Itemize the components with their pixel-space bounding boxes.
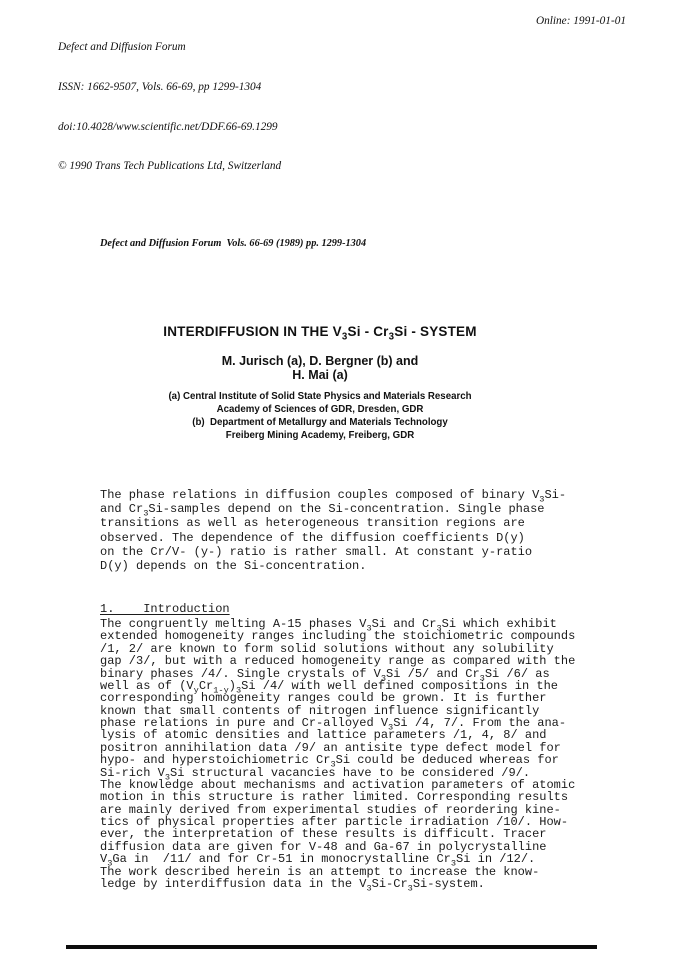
text-line: H. Mai (a) (100, 369, 540, 383)
journal-name: Defect and Diffusion Forum (58, 41, 281, 54)
text-line: corresponding homogeneity ranges could b… (100, 692, 575, 704)
authors-block: M. Jurisch (a), D. Bergner (b) andH. Mai… (100, 355, 540, 382)
title-block: INTERDIFFUSION IN THE V3Si - Cr3Si - SYS… (100, 324, 540, 442)
text-line: (a) Central Institute of Solid State Phy… (100, 390, 540, 403)
text-line: on the Cr/V- (y-) ratio is rather small.… (100, 545, 566, 559)
text-line: Freiberg Mining Academy, Freiberg, GDR (100, 429, 540, 442)
doi-line: doi:10.4028/www.scientific.net/DDF.66-69… (58, 121, 281, 134)
text-line: observed. The dependence of the diffusio… (100, 531, 566, 545)
text-line: ever, the interpretation of these result… (100, 828, 575, 840)
text-line: The phase relations in diffusion couples… (100, 488, 566, 502)
text-line: M. Jurisch (a), D. Bergner (b) and (100, 355, 540, 369)
text-line: and Cr3Si-samples depend on the Si-conce… (100, 502, 566, 516)
abstract-paragraph: The phase relations in diffusion couples… (100, 488, 566, 573)
text-line: extended homogeneity ranges including th… (100, 630, 575, 642)
publisher-header: Defect and Diffusion Forum ISSN: 1662-95… (58, 15, 281, 200)
text-line: lysis of atomic densities and lattice pa… (100, 729, 575, 741)
text-line: V3Ga in /11/ and for Cr-51 in monocrysta… (100, 853, 575, 865)
section-heading-introduction: 1. Introduction (100, 602, 230, 616)
citation-line: Defect and Diffusion Forum Vols. 66-69 (… (100, 238, 366, 249)
issn-line: ISSN: 1662-9507, Vols. 66-69, pp 1299-13… (58, 81, 281, 94)
text-line: hypo- and hyperstoichiometric Cr3Si coul… (100, 754, 575, 766)
text-line: (b) Department of Metallurgy and Materia… (100, 416, 540, 429)
footer-rule (66, 945, 597, 949)
text-line: Academy of Sciences of GDR, Dresden, GDR (100, 403, 540, 416)
introduction-paragraph: The congruently melting A-15 phases V3Si… (100, 618, 575, 890)
paper-title: INTERDIFFUSION IN THE V3Si - Cr3Si - SYS… (100, 324, 540, 339)
text-line: ledge by interdiffusion data in the V3Si… (100, 878, 575, 890)
text-line: transitions as well as heterogeneous tra… (100, 516, 566, 530)
affiliations-block: (a) Central Institute of Solid State Phy… (100, 390, 540, 442)
text-line: motion in this structure is rather limit… (100, 791, 575, 803)
text-line: D(y) depends on the Si-concentration. (100, 559, 566, 573)
paper-page: Defect and Diffusion Forum ISSN: 1662-95… (0, 0, 678, 959)
text-line: gap /3/, but with a reduced homogeneity … (100, 655, 575, 667)
online-date: Online: 1991-01-01 (536, 15, 626, 27)
copyright-line: © 1990 Trans Tech Publications Ltd, Swit… (58, 160, 281, 173)
